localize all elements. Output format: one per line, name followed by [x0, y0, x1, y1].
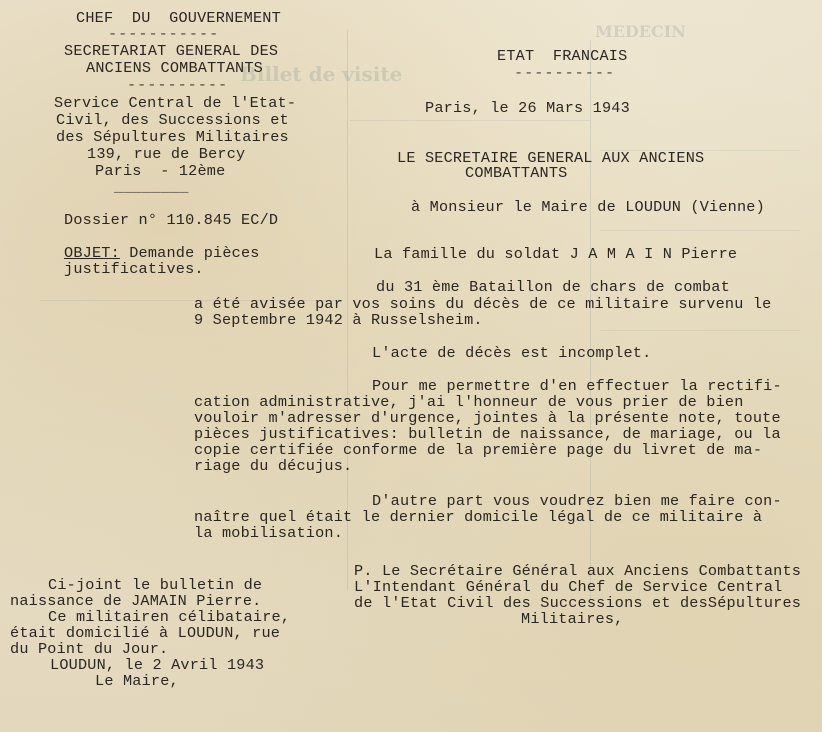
body-paragraph-2: L'acte de décès est incomplet.	[372, 346, 651, 362]
header-rule: ----------	[127, 78, 228, 94]
bleed-through-rule	[350, 120, 590, 121]
header-rule: ----------	[514, 66, 615, 82]
bleed-through-rule	[600, 330, 800, 331]
header-secretariat: SECRETARIAT GENERAL DES	[64, 44, 278, 60]
header-rule: -----------	[108, 27, 219, 43]
objet-text-continued: justificatives.	[64, 262, 204, 278]
place-and-date: Paris, le 26 Mars 1943	[425, 101, 630, 117]
bleed-through-rule	[600, 230, 800, 231]
header-rule: ________	[114, 180, 189, 196]
recipient-line: à Monsieur le Maire de LOUDUN (Vienne)	[411, 200, 765, 216]
bleed-through-text: Billet de visite	[240, 62, 402, 86]
body-paragraph-1: 9 Septembre 1942 à Russelsheim.	[194, 313, 483, 329]
etat-francais-heading: ETAT FRANCAIS	[497, 49, 627, 65]
service-line: Civil, des Successions et	[56, 113, 289, 129]
header-anciens-combattants: ANCIENS COMBATTANTS	[86, 61, 263, 77]
service-line: des Sépultures Militaires	[56, 130, 289, 146]
body-paragraph-1: La famille du soldat J A M A I N Pierre	[374, 247, 737, 263]
signature-line: Militaires,	[521, 612, 623, 628]
dossier-number: Dossier n° 110.845 EC/D	[64, 213, 278, 229]
sender-title-continued: COMBATTANTS	[465, 166, 567, 182]
service-line: Service Central de l'Etat-	[54, 96, 296, 112]
body-paragraph-1: du 31 ème Bataillon de chars de combat	[376, 280, 730, 296]
bleed-through-text: MEDECIN	[595, 22, 686, 41]
body-paragraph-4: la mobilisation.	[194, 526, 343, 542]
scanned-letter-page: MEDECIN Billet de visite CHEF DU GOUVERN…	[0, 0, 822, 732]
reply-signatory: Le Maire,	[95, 674, 179, 690]
body-paragraph-3: riage du décujus.	[194, 459, 352, 475]
service-address: 139, rue de Bercy	[87, 147, 245, 163]
